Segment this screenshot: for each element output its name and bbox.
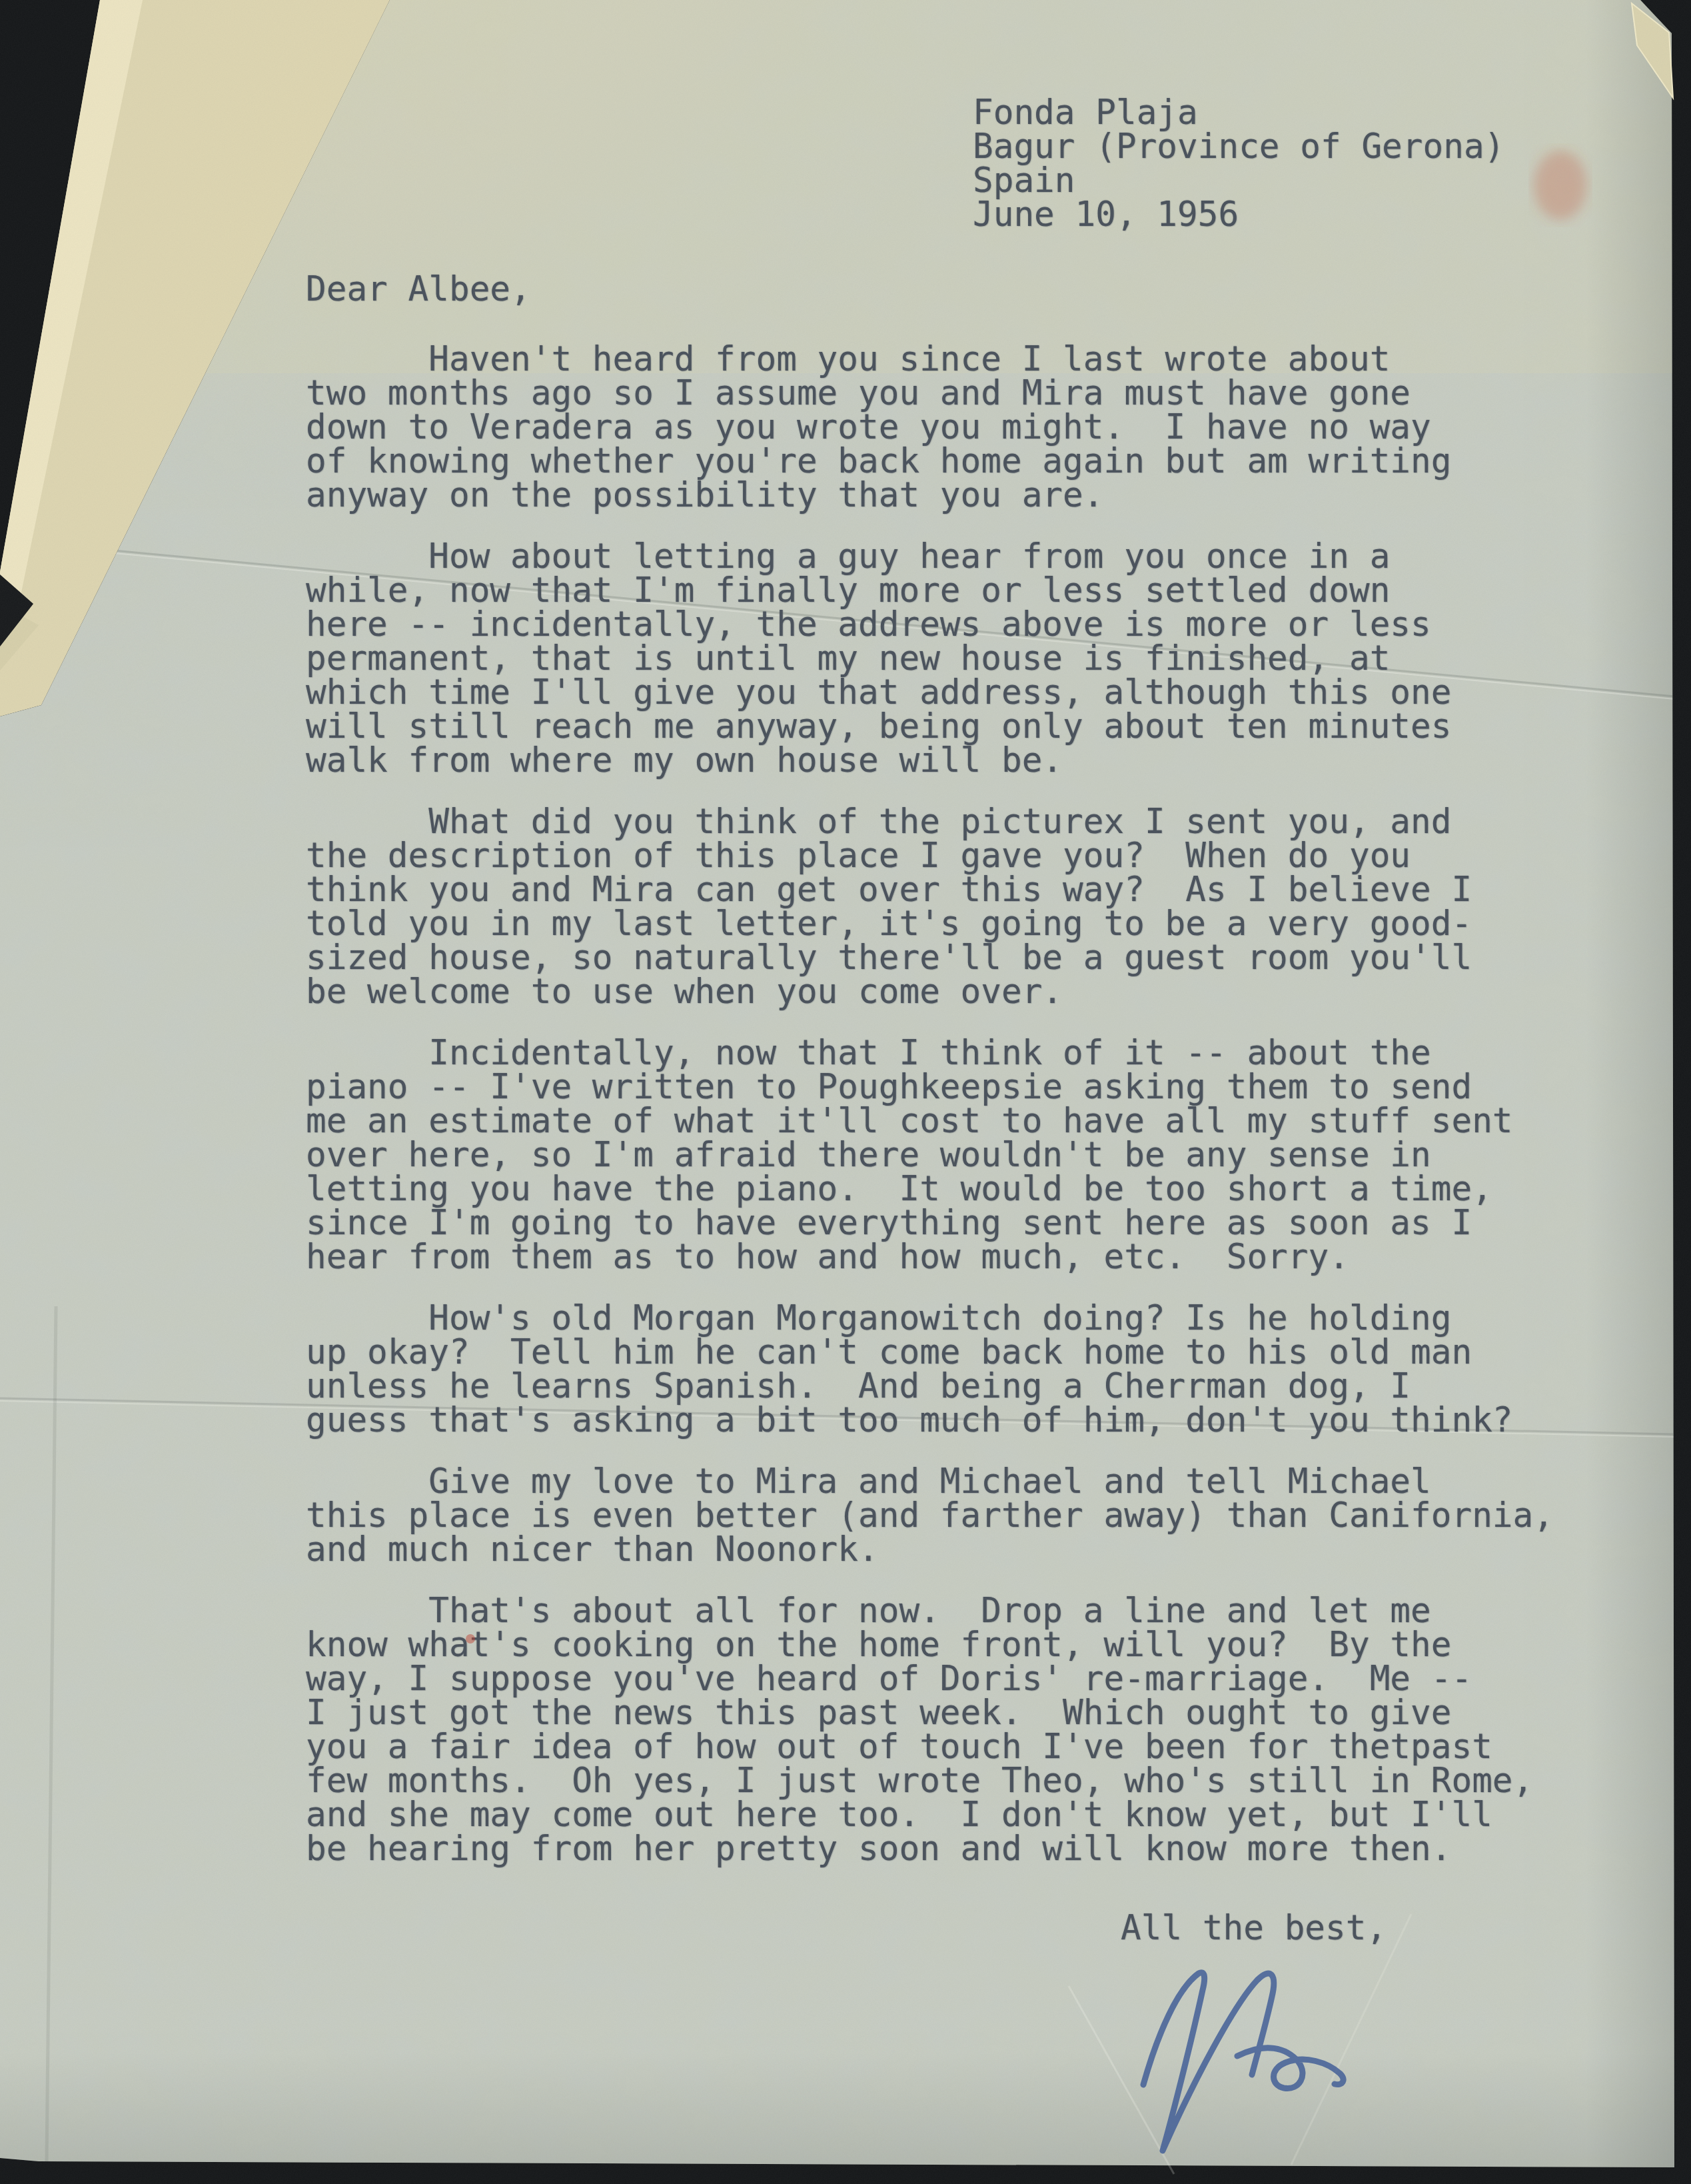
return-address-line: Bagur (Province of Gerona) xyxy=(973,130,1504,164)
body-paragraph: How about letting a guy hear from you on… xyxy=(306,540,1451,778)
salutation-line: Dear Albee, xyxy=(306,273,531,307)
body-paragraph: That's about all for now. Drop a line an… xyxy=(306,1594,1533,1866)
scanned-letter-page: Fonda PlajaBagur (Province of Gerona)Spa… xyxy=(0,0,1691,2184)
closing-line: All the best, xyxy=(1121,1911,1387,1945)
letter-text-layer: Fonda PlajaBagur (Province of Gerona)Spa… xyxy=(0,0,1691,2184)
return-address-line: Fonda Plaja xyxy=(973,96,1504,130)
return-address-line: June 10, 1956 xyxy=(973,198,1504,232)
body-paragraph: Haven't heard from you since I last wrot… xyxy=(306,343,1451,513)
return-address-block: Fonda PlajaBagur (Province of Gerona)Spa… xyxy=(973,96,1504,232)
body-paragraph: What did you think of the picturex I sen… xyxy=(306,805,1472,1009)
body-paragraph: Give my love to Mira and Michael and tel… xyxy=(306,1465,1554,1567)
body-paragraph: Incidentally, now that I think of it -- … xyxy=(306,1036,1513,1274)
return-address-line: Spain xyxy=(973,164,1504,198)
body-paragraph: How's old Morgan Morganowitch doing? Is … xyxy=(306,1302,1513,1438)
